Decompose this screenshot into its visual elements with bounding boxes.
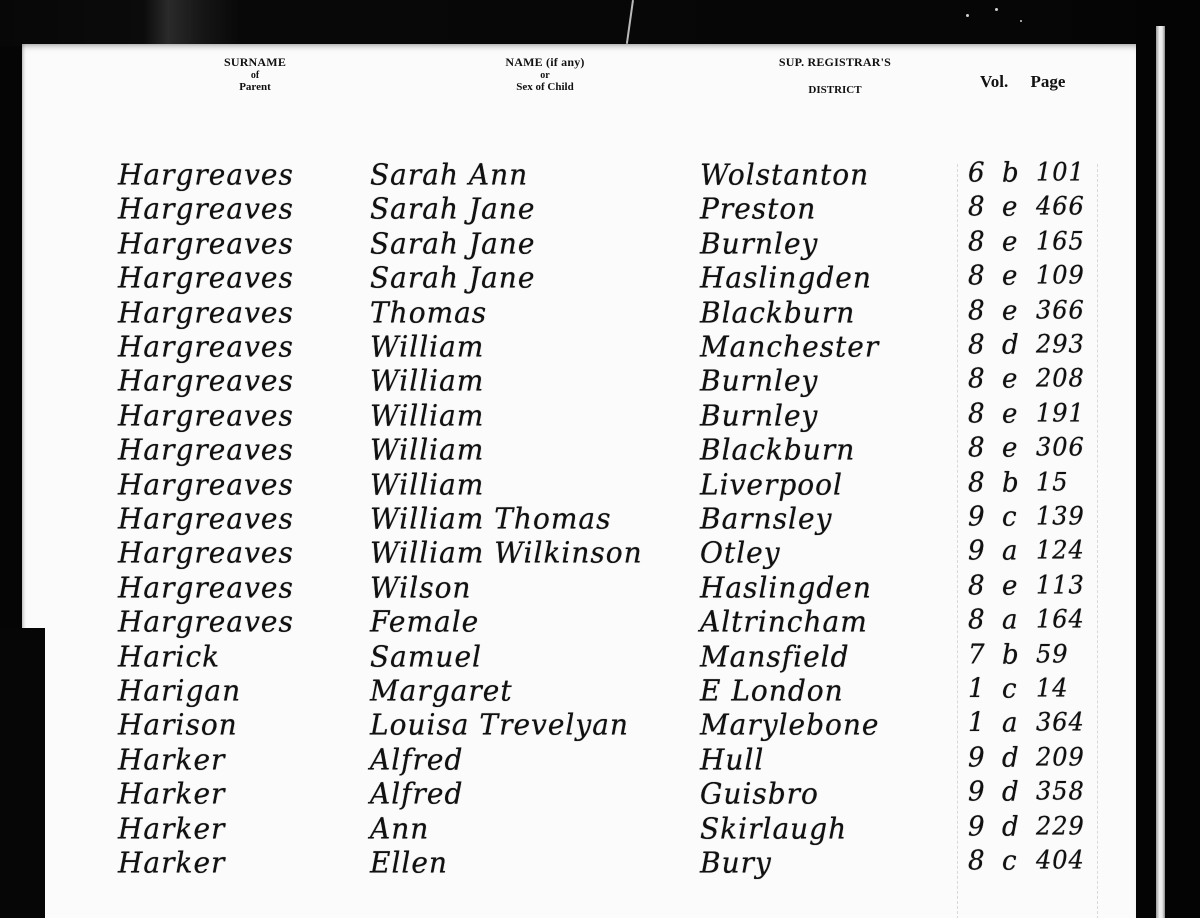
entry-page: 164 [1036, 604, 1085, 633]
entry-volume: 8 [968, 845, 986, 877]
entry-district: Guisbro [700, 776, 819, 811]
entry-page: 229 [1036, 811, 1085, 840]
register-entry: HariganMargaretE London1c14 [0, 674, 1136, 708]
header-name-line1: NAME (if any) [470, 56, 620, 70]
header-surname-line2: of [180, 70, 330, 82]
header-name-line3: Sex of Child [470, 81, 620, 94]
entry-surname: Hargreaves [118, 260, 294, 295]
entry-volume: 8 [968, 329, 986, 361]
entry-volume-letter: e [1002, 226, 1018, 258]
entry-page: 293 [1036, 329, 1085, 358]
register-entry: HargreavesWilliamLiverpool8b15 [0, 468, 1136, 502]
scan-right-gutter [1136, 0, 1200, 918]
entry-volume: 8 [968, 226, 986, 258]
page-edge-strip [1156, 26, 1165, 918]
entry-page: 59 [1036, 639, 1069, 668]
register-entry: HargreavesFemaleAltrincham8a164 [0, 605, 1136, 639]
entry-page: 165 [1036, 226, 1085, 255]
entry-surname: Harker [118, 776, 225, 811]
entry-volume-letter: b [1002, 467, 1020, 499]
entry-surname: Hargreaves [118, 570, 294, 605]
entry-volume-letter: e [1002, 192, 1018, 224]
register-entry: HarkerEllenBury8c404 [0, 846, 1136, 880]
header-district-line1: SUP. REGISTRAR'S [745, 56, 925, 70]
entry-surname: Hargreaves [118, 192, 294, 227]
entry-volume-letter: a [1002, 708, 1019, 740]
entry-child-name: William [370, 329, 484, 364]
entry-volume-letter: e [1002, 398, 1018, 430]
entry-page: 364 [1036, 708, 1085, 737]
entry-page: 113 [1036, 570, 1085, 599]
entry-page: 109 [1036, 260, 1085, 289]
entry-volume: 9 [968, 776, 986, 808]
entry-child-name: Sarah Jane [370, 226, 535, 261]
register-entry: HarkerAnnSkirlaugh9d229 [0, 812, 1136, 846]
entry-district: Preston [700, 192, 816, 227]
header-district: SUP. REGISTRAR'S DISTRICT [745, 56, 925, 96]
entry-surname: Harker [118, 845, 225, 880]
entry-district: Barnsley [700, 501, 832, 536]
entry-child-name: Wilson [370, 570, 471, 605]
entry-volume-letter: b [1002, 639, 1020, 671]
register-entry: HargreavesWilliamManchester8d293 [0, 330, 1136, 364]
entry-volume: 9 [968, 501, 986, 533]
entry-district: Skirlaugh [700, 811, 847, 846]
entry-volume: 9 [968, 742, 986, 774]
entry-child-name: William Wilkinson [370, 536, 643, 571]
entry-volume: 8 [968, 295, 986, 327]
entry-surname: Harker [118, 811, 225, 846]
entry-child-name: Samuel [370, 639, 482, 674]
entry-child-name: William [370, 467, 484, 502]
entry-volume: 8 [968, 398, 986, 430]
entry-child-name: William [370, 398, 484, 433]
entry-district: Blackburn [700, 295, 855, 330]
entry-surname: Hargreaves [118, 398, 294, 433]
entry-volume-letter: b [1002, 157, 1020, 189]
entry-page: 191 [1036, 398, 1085, 427]
dust-speck [1020, 20, 1022, 22]
entry-volume-letter: e [1002, 364, 1018, 396]
header-name: NAME (if any) or Sex of Child [470, 56, 620, 94]
entry-volume: 8 [968, 260, 986, 292]
register-entry: HargreavesWilsonHaslingden8e113 [0, 571, 1136, 605]
entry-volume: 8 [968, 364, 986, 396]
entry-page: 15 [1036, 467, 1069, 496]
entry-volume: 9 [968, 811, 986, 843]
entry-child-name: Sarah Jane [370, 192, 535, 227]
register-entry: HargreavesSarah JaneBurnley8e165 [0, 227, 1136, 261]
header-vol-page: Vol. Page [980, 72, 1065, 92]
entry-volume-letter: e [1002, 570, 1018, 602]
entry-child-name: Sarah Ann [370, 157, 528, 192]
entry-district: Hull [700, 742, 764, 777]
entry-volume-letter: d [1002, 329, 1020, 361]
entry-page: 208 [1036, 364, 1085, 393]
register-entry: HargreavesSarah AnnWolstanton6b101 [0, 158, 1136, 192]
entry-district: Mansfield [700, 639, 850, 674]
entry-page: 139 [1036, 501, 1085, 530]
register-entry: HargreavesWilliamBurnley8e208 [0, 364, 1136, 398]
entry-district: Altrincham [700, 604, 868, 639]
entry-volume: 6 [968, 157, 986, 189]
register-entry: HarickSamuelMansfield7b59 [0, 640, 1136, 674]
entry-volume: 7 [968, 639, 986, 671]
entry-child-name: Thomas [370, 295, 487, 330]
entry-district: Blackburn [700, 432, 855, 467]
register-entry: HargreavesWilliamBurnley8e191 [0, 399, 1136, 433]
entry-district: Burnley [700, 226, 818, 261]
scan-top-border [0, 0, 1200, 46]
entry-surname: Harick [118, 639, 220, 674]
entry-volume-letter: d [1002, 776, 1020, 808]
entry-page: 124 [1036, 536, 1085, 565]
entry-district: Otley [700, 536, 781, 571]
entry-page: 358 [1036, 776, 1085, 805]
entry-child-name: William [370, 432, 484, 467]
entry-surname: Hargreaves [118, 501, 294, 536]
entry-child-name: Alfred [370, 742, 463, 777]
entry-district: E London [700, 673, 844, 708]
header-surname: SURNAME of Parent [180, 56, 330, 94]
entry-volume: 8 [968, 192, 986, 224]
entry-volume: 8 [968, 467, 986, 499]
dust-speck [995, 8, 998, 11]
entry-surname: Hargreaves [118, 432, 294, 467]
register-entry: HargreavesWilliamBlackburn8e306 [0, 433, 1136, 467]
entry-child-name: Ellen [370, 845, 448, 880]
entry-district: Marylebone [700, 708, 879, 743]
entry-child-name: Margaret [370, 673, 513, 708]
entry-volume-letter: e [1002, 432, 1018, 464]
entry-volume: 8 [968, 432, 986, 464]
register-entry: HargreavesThomasBlackburn8e366 [0, 296, 1136, 330]
entry-surname: Hargreaves [118, 226, 294, 261]
entry-surname: Harker [118, 742, 225, 777]
entry-district: Bury [700, 845, 772, 880]
entry-child-name: Ann [370, 811, 429, 846]
entry-volume-letter: c [1002, 673, 1018, 705]
entry-district: Manchester [700, 329, 879, 364]
entry-surname: Hargreaves [118, 467, 294, 502]
entry-child-name: William Thomas [370, 501, 611, 536]
entry-page: 14 [1036, 673, 1069, 702]
entry-district: Burnley [700, 398, 818, 433]
header-surname-line1: SURNAME [180, 56, 330, 70]
entry-surname: Harigan [118, 673, 241, 708]
entry-surname: Hargreaves [118, 295, 294, 330]
register-entry: HargreavesWilliam WilkinsonOtley9a124 [0, 536, 1136, 570]
entry-surname: Hargreaves [118, 157, 294, 192]
entry-volume: 9 [968, 536, 986, 568]
entry-page: 466 [1036, 192, 1085, 221]
header-name-line2: or [470, 70, 620, 82]
register-entry: HargreavesWilliam ThomasBarnsley9c139 [0, 502, 1136, 536]
entry-volume-letter: e [1002, 260, 1018, 292]
entry-volume-letter: d [1002, 811, 1020, 843]
register-entry: HargreavesSarah JaneHaslingden8e109 [0, 261, 1136, 295]
entry-district: Wolstanton [700, 157, 869, 192]
entry-child-name: William [370, 364, 484, 399]
register-entry: HarisonLouisa TrevelyanMarylebone1a364 [0, 708, 1136, 742]
entry-page: 366 [1036, 295, 1085, 324]
entry-child-name: Sarah Jane [370, 260, 535, 295]
entry-child-name: Alfred [370, 776, 463, 811]
entry-surname: Hargreaves [118, 604, 294, 639]
entry-page: 101 [1036, 157, 1085, 186]
entry-volume-letter: c [1002, 501, 1018, 533]
entry-volume-letter: a [1002, 604, 1019, 636]
entry-volume-letter: a [1002, 536, 1019, 568]
header-surname-line3: Parent [180, 81, 330, 94]
entry-district: Haslingden [700, 570, 872, 605]
entry-child-name: Louisa Trevelyan [370, 708, 629, 743]
entry-volume-letter: e [1002, 295, 1018, 327]
register-entry: HarkerAlfredGuisbro9d358 [0, 777, 1136, 811]
entry-surname: Hargreaves [118, 536, 294, 571]
register-entry: HarkerAlfredHull9d209 [0, 743, 1136, 777]
entry-page: 209 [1036, 742, 1085, 771]
entry-surname: Hargreaves [118, 364, 294, 399]
register-entry: HargreavesSarah JanePreston8e466 [0, 192, 1136, 226]
entry-district: Liverpool [700, 467, 843, 502]
entry-volume-letter: c [1002, 845, 1018, 877]
entry-volume: 1 [968, 708, 986, 740]
entry-district: Haslingden [700, 260, 872, 295]
entry-volume-letter: d [1002, 742, 1020, 774]
entry-surname: Harison [118, 708, 238, 743]
entry-volume: 8 [968, 604, 986, 636]
dust-speck [966, 14, 969, 17]
header-district-line3: DISTRICT [745, 84, 925, 97]
entry-child-name: Female [370, 604, 479, 639]
entry-volume: 8 [968, 570, 986, 602]
entry-page: 404 [1036, 845, 1085, 874]
header-district-spacer [745, 70, 925, 84]
entry-page: 306 [1036, 432, 1085, 461]
entry-surname: Hargreaves [118, 329, 294, 364]
entry-district: Burnley [700, 364, 818, 399]
entry-volume: 1 [968, 673, 986, 705]
